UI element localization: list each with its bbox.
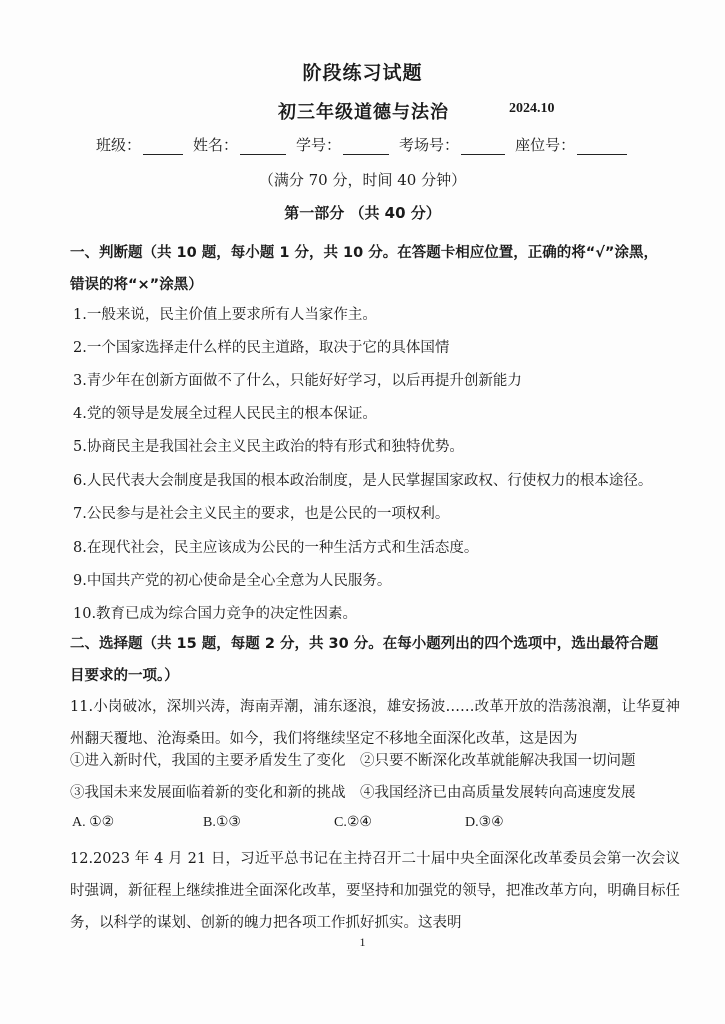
class-blank[interactable] xyxy=(143,140,183,155)
statement-3: ③我国未来发展面临着新的变化和新的挑战 xyxy=(70,781,360,802)
class-label: 班级： xyxy=(96,134,141,155)
judgment-item-3: 3.青少年在创新方面做不了什么，只能好好学习，以后再提升创新能力 xyxy=(73,371,522,391)
score-time-note: （满分 70 分，时间 40 分钟） xyxy=(0,169,725,190)
judgment-item-9: 9.中国共产党的初心使命是全心全意为人民服务。 xyxy=(73,571,391,591)
exam-page: 阶段练习试题 初三年级道德与法治 2024.10 班级： 姓名： 学号： 考场号… xyxy=(0,0,725,1024)
question-11-choices: A. ①② B.①③ C.②④ D.③④ xyxy=(72,814,592,831)
student-info-row: 班级： 姓名： 学号： 考场号： 座位号： xyxy=(96,134,637,155)
part-one-title: 第一部分 （共 40 分） xyxy=(0,202,725,223)
student-id-label: 学号： xyxy=(296,134,341,155)
judgment-item-1: 1.一般来说，民主价值上要求所有人当家作主。 xyxy=(73,305,377,325)
question-11-stem: 11.小岗破冰，深圳兴涛，海南弄潮，浦东逐浪，雄安扬波……改革开放的浩荡浪潮，让… xyxy=(70,691,680,755)
judgment-item-10: 10.教育已成为综合国力竞争的决定性因素。 xyxy=(73,604,357,624)
choice-c[interactable]: C.②④ xyxy=(334,814,465,831)
exam-date: 2024.10 xyxy=(509,101,555,117)
seat-number-label: 座位号： xyxy=(515,134,575,155)
choice-a[interactable]: A. ①② xyxy=(72,814,203,831)
question-11-statements-row-2: ③我国未来发展面临着新的变化和新的挑战 ④我国经济已由高质量发展转向高速度发展 xyxy=(70,781,636,802)
statement-2: ②只要不断深化改革就能解决我国一切问题 xyxy=(360,749,636,770)
statement-1: ①进入新时代，我国的主要矛盾发生了变化 xyxy=(70,749,360,770)
statement-4: ④我国经济已由高质量发展转向高速度发展 xyxy=(360,781,636,802)
student-id-blank[interactable] xyxy=(343,140,389,155)
question-12-stem: 12.2023 年 4 月 21 日，习近平总书记在主持召开二十届中央全面深化改… xyxy=(70,843,680,939)
name-blank[interactable] xyxy=(240,140,286,155)
exam-subject: 初三年级道德与法治 xyxy=(278,98,449,124)
choice-d[interactable]: D.③④ xyxy=(465,814,504,831)
exam-room-label: 考场号： xyxy=(399,134,459,155)
page-number: 1 xyxy=(0,935,725,950)
exam-room-blank[interactable] xyxy=(461,140,505,155)
section-two-heading: 二、选择题（共 15 题，每题 2 分，共 30 分。在每小题列出的四个选项中，… xyxy=(70,628,670,692)
judgment-item-8: 8.在现代社会，民主应该成为公民的一种生活方式和生活态度。 xyxy=(73,538,478,558)
judgment-item-7: 7.公民参与是社会主义民主的要求，也是公民的一项权利。 xyxy=(73,504,449,524)
seat-number-blank[interactable] xyxy=(577,140,627,155)
section-one-heading: 一、判断题（共 10 题，每小题 1 分，共 10 分。在答题卡相应位置，正确的… xyxy=(70,237,670,301)
judgment-item-5: 5.协商民主是我国社会主义民主政治的特有形式和独特优势。 xyxy=(73,437,464,457)
judgment-item-2: 2.一个国家选择走什么样的民主道路，取决于它的具体国情 xyxy=(73,338,449,358)
question-11-statements-row-1: ①进入新时代，我国的主要矛盾发生了变化 ②只要不断深化改革就能解决我国一切问题 xyxy=(70,749,636,770)
judgment-item-6: 6.人民代表大会制度是我国的根本政治制度，是人民掌握国家政权、行使权力的根本途径… xyxy=(73,471,652,491)
judgment-item-4: 4.党的领导是发展全过程人民民主的根本保证。 xyxy=(73,404,377,424)
choice-b[interactable]: B.①③ xyxy=(203,814,334,831)
exam-title: 阶段练习试题 xyxy=(0,58,725,85)
name-label: 姓名： xyxy=(193,134,238,155)
